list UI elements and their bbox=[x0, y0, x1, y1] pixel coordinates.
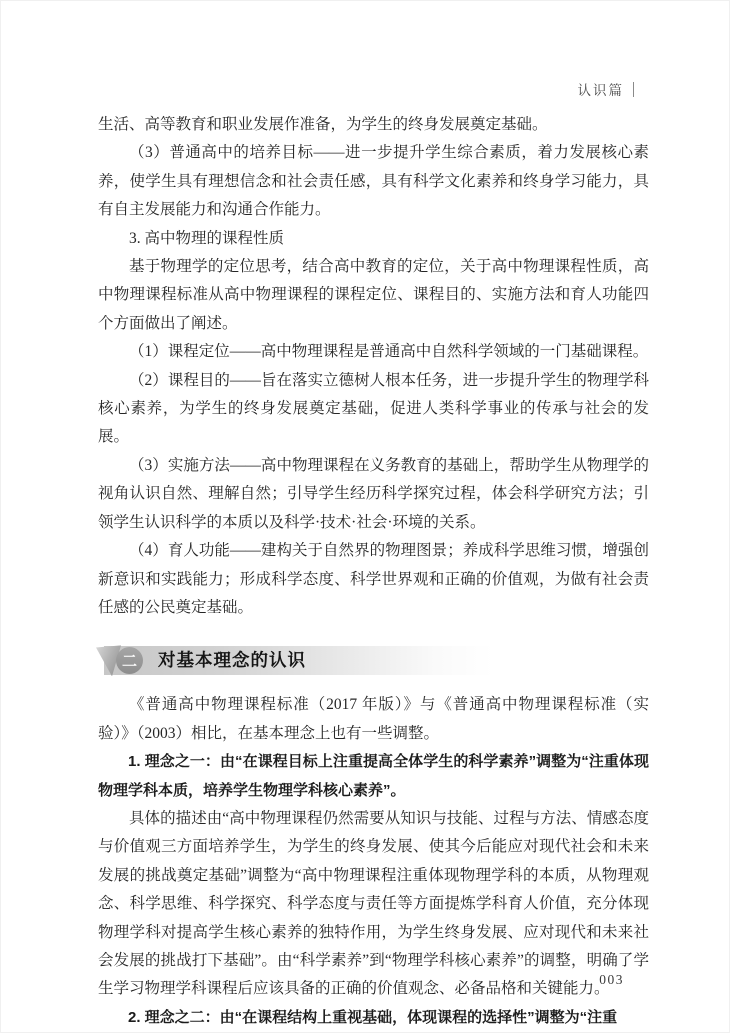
paragraph: 2. 理念之二：由“在课程结构上重视基础，体现课程的选择性”调整为“注重 bbox=[98, 1004, 649, 1032]
running-head-divider bbox=[633, 82, 634, 97]
paragraph: （1）课程定位——高中物理课程是普通高中自然科学领域的一门基础课程。 bbox=[98, 338, 649, 366]
paragraph: 基于物理学的定位思考，结合高中教育的定位，关于高中物理课程性质，高中物理课程标准… bbox=[98, 253, 649, 338]
running-head-label: 认识篇 bbox=[578, 79, 625, 99]
paragraph: 《普通高中物理课程标准（2017 年版）》与《普通高中物理课程标准（实验）》（2… bbox=[98, 691, 649, 748]
paragraph: 生活、高等教育和职业发展作准备，为学生的终身发展奠定基础。 bbox=[98, 111, 649, 139]
running-head: 认识篇 bbox=[578, 79, 635, 99]
body-paragraphs-top: 生活、高等教育和职业发展作准备，为学生的终身发展奠定基础。（3）普通高中的培养目… bbox=[98, 111, 649, 622]
paragraph: 1. 理念之一：由“在课程目标上注重提高全体学生的科学素养”调整为“注重体现物理… bbox=[98, 748, 649, 805]
section-number: 二 bbox=[122, 650, 137, 671]
paragraph: 具体的描述由“高中物理课程仍然需要从知识与技能、过程与方法、情感态度与价值观三方… bbox=[98, 805, 649, 1004]
book-page: 认识篇 生活、高等教育和职业发展作准备，为学生的终身发展奠定基础。（3）普通高中… bbox=[0, 0, 730, 1033]
section-banner: 二 对基本理念的认识 bbox=[96, 645, 494, 676]
body-paragraphs-bottom: 《普通高中物理课程标准（2017 年版）》与《普通高中物理课程标准（实验）》（2… bbox=[98, 691, 649, 1032]
paragraph: （3）普通高中的培养目标——进一步提升学生综合素质，着力发展核心素养，使学生具有… bbox=[98, 139, 649, 224]
main-text-column: 生活、高等教育和职业发展作准备，为学生的终身发展奠定基础。（3）普通高中的培养目… bbox=[98, 111, 649, 1032]
paragraph: （2）课程目的——旨在落实立德树人根本任务，进一步提升学生的物理学科核心素养，为… bbox=[98, 367, 649, 452]
paragraph: 3. 高中物理的课程性质 bbox=[98, 225, 649, 253]
section-title: 对基本理念的认识 bbox=[158, 645, 306, 676]
paragraph: （3）实施方法——高中物理课程在义务教育的基础上，帮助学生从物理学的视角认识自然… bbox=[98, 452, 649, 537]
paragraph: （4）育人功能——建构关于自然界的物理图景；养成科学思维习惯，增强创新意识和实践… bbox=[98, 537, 649, 622]
page-number: 003 bbox=[599, 972, 624, 988]
